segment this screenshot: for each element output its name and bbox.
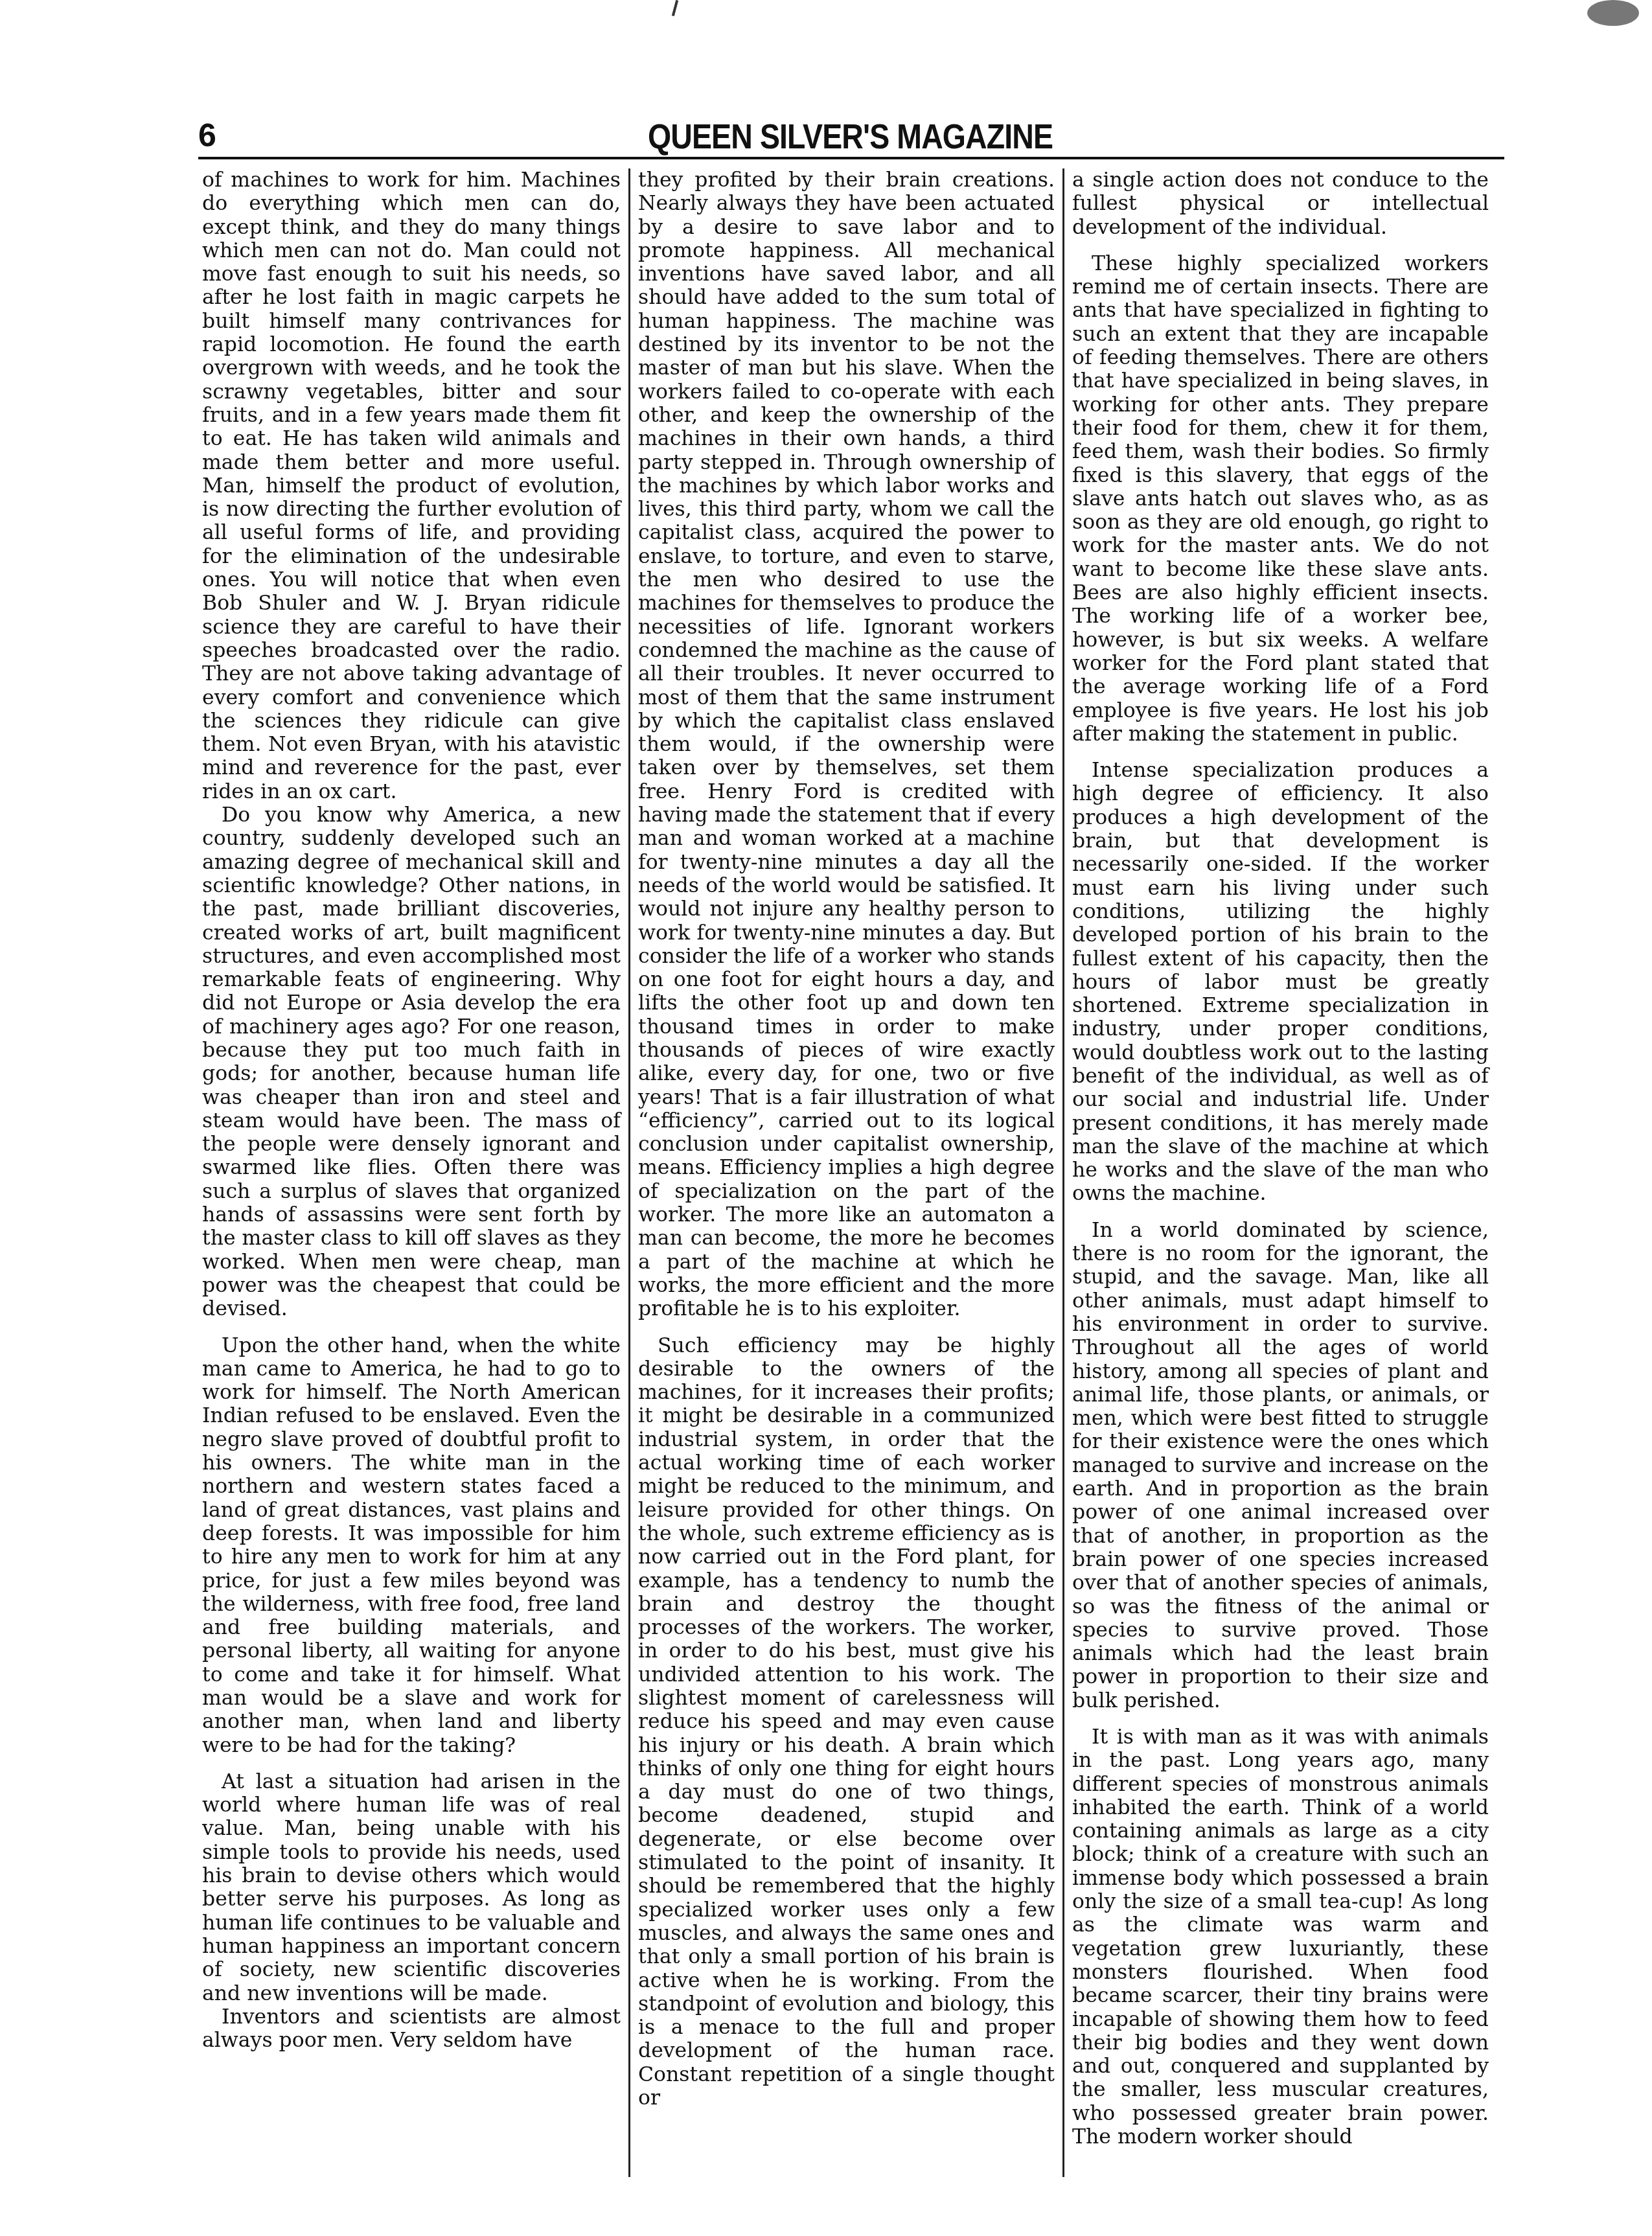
paragraph: Such efficiency may be highly desirable … bbox=[638, 1334, 1055, 2110]
column-1: of machines to work for him. Machines do… bbox=[194, 168, 628, 2177]
paragraph: It is with man as it was with animals in… bbox=[1072, 1725, 1489, 2149]
paragraph: Upon the other hand, when the white man … bbox=[202, 1334, 621, 1757]
paragraph: Do you know why America, a new country, … bbox=[202, 803, 621, 1321]
paragraph: In a world dominated by science, there i… bbox=[1072, 1219, 1489, 1712]
header-rule bbox=[198, 157, 1504, 159]
article-body: of machines to work for him. Machines do… bbox=[194, 168, 1509, 2177]
paragraph: they profited by their brain creations. … bbox=[638, 168, 1055, 1321]
paragraph: Intense specialization produces a high d… bbox=[1072, 759, 1489, 1206]
paragraph: Inventors and scientists are almost alwa… bbox=[202, 2005, 621, 2053]
scan-mark bbox=[672, 0, 678, 16]
paragraph: of machines to work for him. Machines do… bbox=[202, 168, 621, 803]
column-3: a single action does not conduce to the … bbox=[1062, 168, 1497, 2177]
magazine-title: QUEEN SILVER'S MAGAZINE bbox=[648, 117, 1053, 157]
paragraph: a single action does not conduce to the … bbox=[1072, 168, 1489, 239]
paragraph: These highly specialized workers remind … bbox=[1072, 252, 1489, 746]
column-2: they profited by their brain creations. … bbox=[628, 168, 1062, 2177]
scan-blot bbox=[1587, 0, 1639, 26]
paragraph: At last a situation had arisen in the wo… bbox=[202, 1770, 621, 2005]
page-number: 6 bbox=[198, 117, 216, 154]
